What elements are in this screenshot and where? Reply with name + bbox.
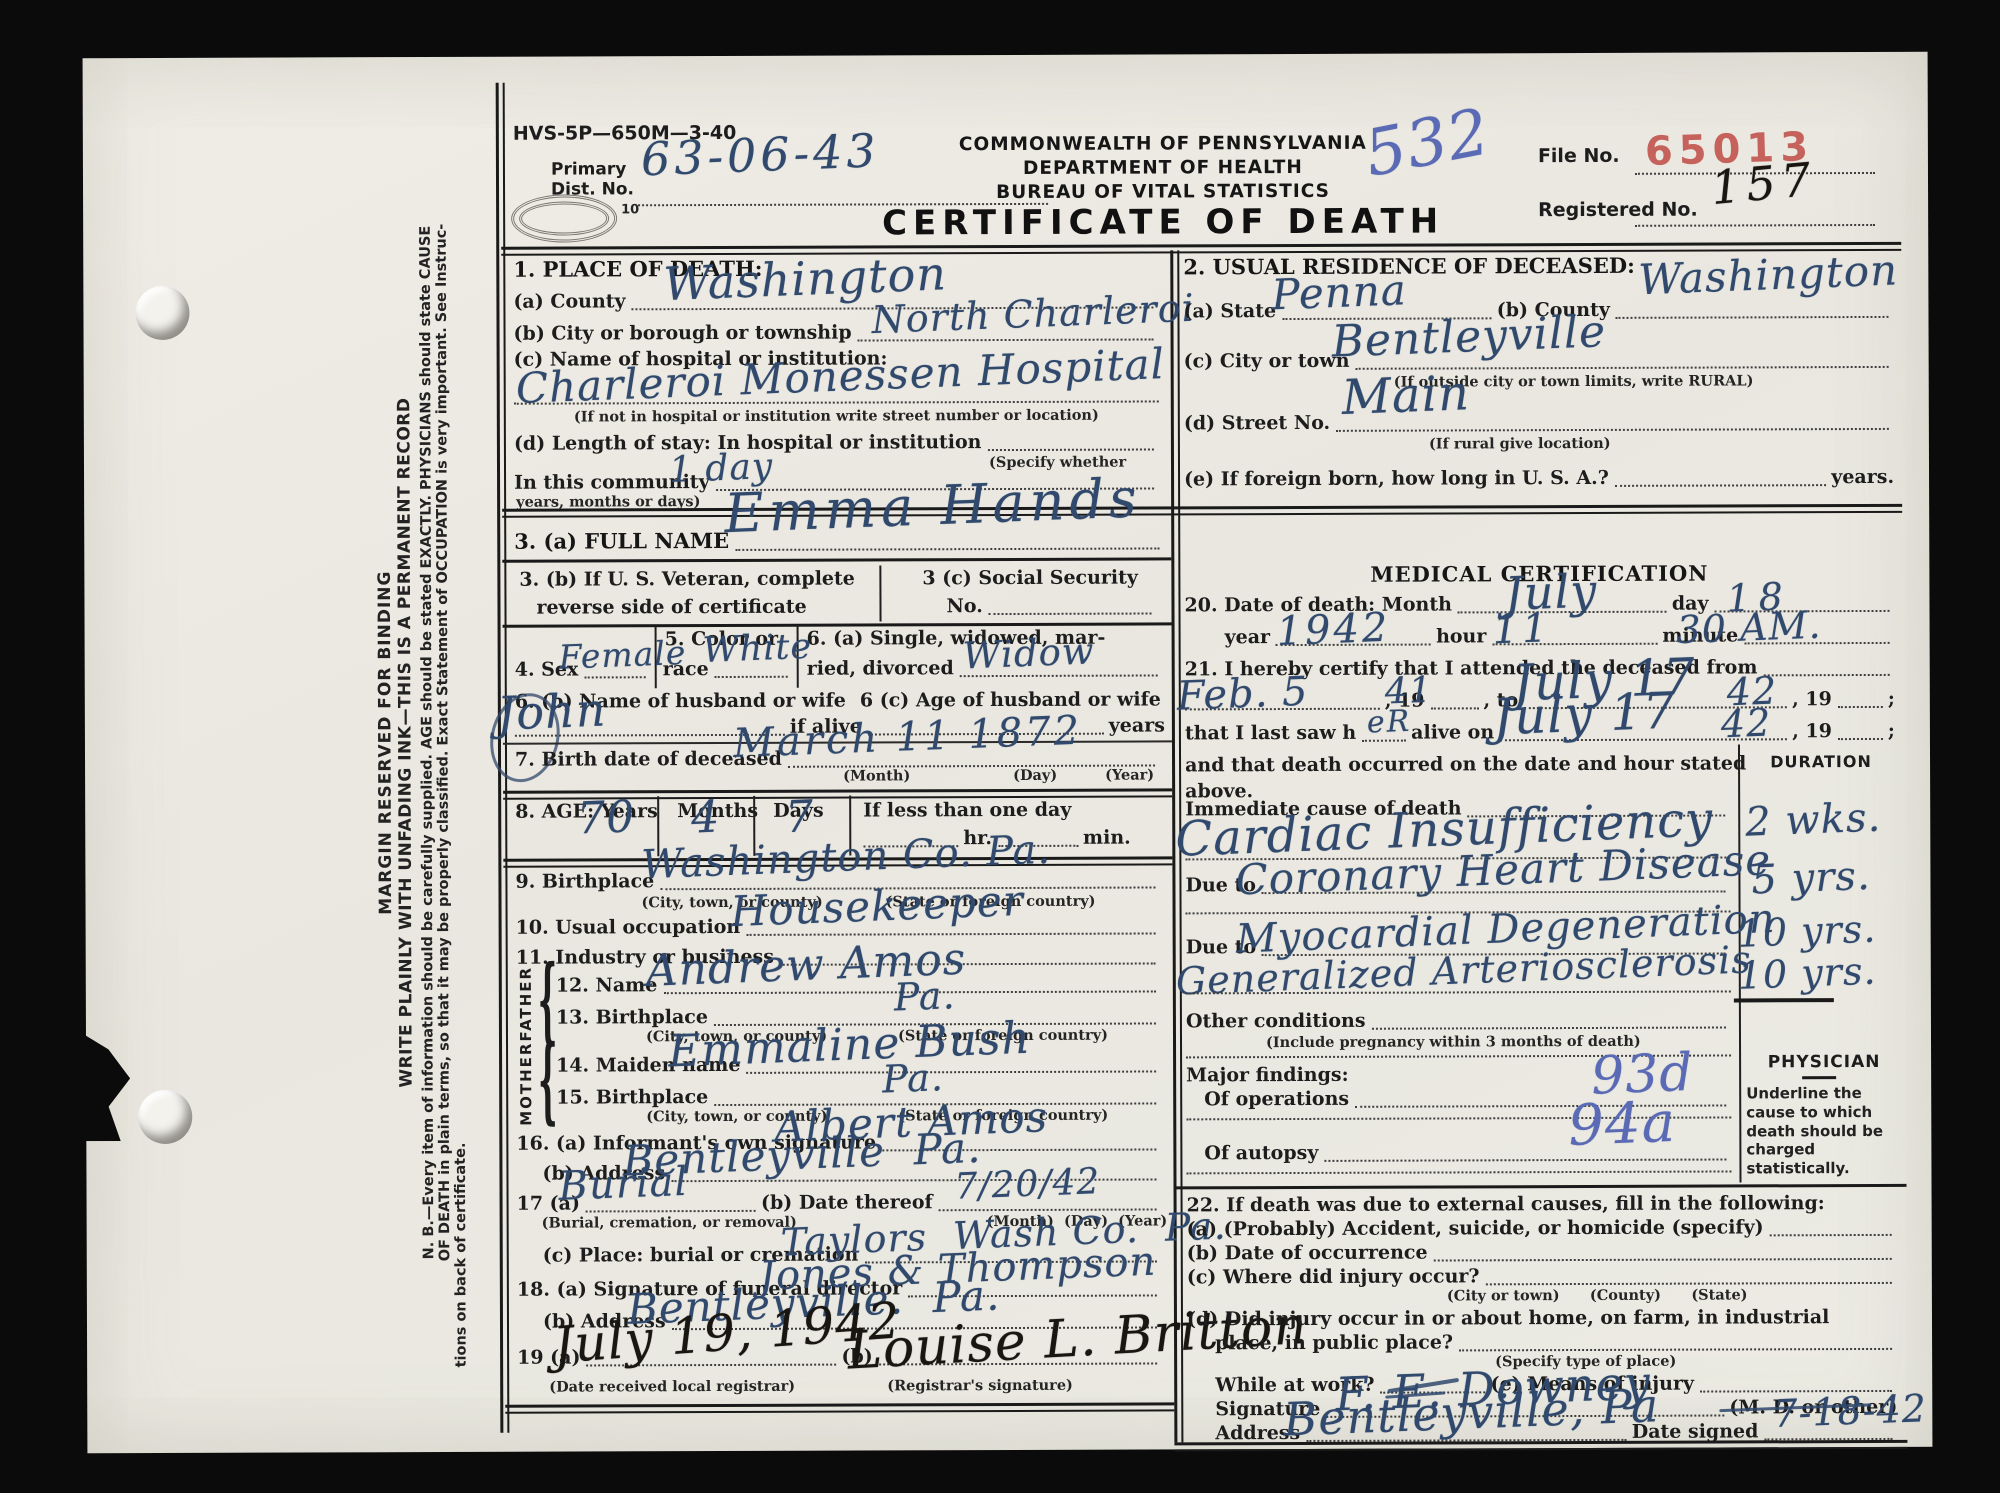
other-conditions-row: Other conditions xyxy=(1186,1008,1731,1032)
res-state-label: (a) State xyxy=(1183,300,1276,322)
med-19c: , 19 xyxy=(1792,720,1832,742)
fullname-value: Emma Hands xyxy=(723,471,1142,541)
pod-city-value: North Charleroi xyxy=(871,289,1196,339)
birthdate-month-note: (Month) xyxy=(843,767,910,784)
occupation-value: Housekeeper xyxy=(730,880,1025,933)
burial-date-label: (b) Date thereof xyxy=(761,1191,933,1214)
external-d-row: place, in public place? xyxy=(1215,1330,1897,1354)
res-foreign-suffix: years. xyxy=(1831,466,1894,488)
physician-header: PHYSICIAN xyxy=(1746,1052,1902,1073)
med-hour-value: 11 xyxy=(1492,608,1552,650)
left-bottom-rule xyxy=(505,1402,1174,1413)
duration-header: DURATION xyxy=(1741,752,1901,772)
res-street-value: Main xyxy=(1341,369,1471,422)
punch-hole-bottom xyxy=(138,1090,192,1144)
race-value: White xyxy=(702,630,813,669)
file-no-label: File No. xyxy=(1538,145,1620,167)
res-state-value: Penna xyxy=(1271,269,1408,316)
res-county-value: Washington xyxy=(1638,249,1899,301)
med-year-label: year xyxy=(1225,626,1271,648)
veteran-label-1: 3. (b) If U. S. Veteran, complete xyxy=(519,568,855,591)
age-days-value: 7 xyxy=(784,795,815,840)
birthdate-day-note: (Day) xyxy=(1013,767,1057,784)
external-c-row: (c) Where did injury occur? xyxy=(1187,1264,1897,1288)
physician-address-value: Bentleyville, Pa xyxy=(1283,1382,1660,1442)
duration-underline xyxy=(1734,998,1834,1002)
occupation-label: 10. Usual occupation xyxy=(516,916,741,939)
registrar-b-note: (Registrar's signature) xyxy=(887,1377,1073,1395)
med-er-value: eR xyxy=(1366,707,1411,739)
margin-line-2: WRITE PLAINLY WITH UNFADING INK—THIS IS … xyxy=(393,118,417,1368)
external-b-row: (b) Date of occurrence xyxy=(1187,1240,1897,1264)
right-bottom-rule xyxy=(1174,1440,1907,1452)
marital-value: Widow xyxy=(962,632,1095,674)
due1-duration: 5 yrs. xyxy=(1751,856,1872,901)
external-top-rule xyxy=(1174,1184,1907,1190)
burial-type-value: Burial xyxy=(558,1162,689,1207)
punch-hole-top xyxy=(135,286,189,340)
external-d-label-2: place, in public place? xyxy=(1215,1331,1453,1354)
med-occurred-1: and that death occurred on the date and … xyxy=(1185,752,1746,776)
med-19b: , 19 xyxy=(1792,688,1832,710)
external-title: 22. If death was due to external causes,… xyxy=(1187,1192,1825,1216)
med-saw-year: 42 xyxy=(1720,703,1772,743)
registered-no-line xyxy=(1635,224,1875,227)
scanned-death-certificate: MARGIN RESERVED FOR BINDING WRITE PLAINL… xyxy=(0,0,2000,1493)
external-a-label: (a) (Probably) Accident, suicide, or hom… xyxy=(1187,1216,1764,1240)
bureau-seal-inner xyxy=(519,201,609,235)
mother-side-label: MOTHER xyxy=(517,1038,535,1130)
primary-dist-value: 63-06-43 xyxy=(640,127,880,182)
certificate-paper: MARGIN RESERVED FOR BINDING WRITE PLAINL… xyxy=(83,52,1933,1453)
father-side-label: FATHER xyxy=(517,958,535,1050)
external-a-row: (a) (Probably) Accident, suicide, or hom… xyxy=(1187,1216,1897,1240)
birthplace-label: 9. Birthplace xyxy=(515,870,654,892)
age-years-value: 70 xyxy=(576,795,636,841)
autopsy-value: 94a xyxy=(1567,1095,1677,1155)
autopsy-label: Of autopsy xyxy=(1204,1142,1318,1164)
age-less-label: If less than one day xyxy=(863,799,1071,822)
due2b-duration: 10 yrs. xyxy=(1737,952,1877,995)
burial-type-note: (Burial, cremation, or removal) xyxy=(542,1214,797,1232)
external-b-label: (b) Date of occurrence xyxy=(1187,1242,1428,1265)
med-hour-label: hour xyxy=(1436,625,1486,647)
fullname-label: 3. (a) FULL NAME xyxy=(514,528,729,554)
ssn-label: 3 (c) Social Security xyxy=(922,567,1138,590)
ssn-row: No. xyxy=(946,594,1156,617)
certificate-title: CERTIFICATE OF DEATH xyxy=(863,201,1463,243)
physician-note: Underline the cause to which death shoul… xyxy=(1746,1084,1898,1178)
pod-city-label: (b) City or borough or township xyxy=(513,322,851,345)
seal-number: 10 xyxy=(621,202,639,217)
torn-edge xyxy=(82,1033,130,1141)
mother-birthplace-value: Pa. xyxy=(881,1058,944,1098)
med-saw1: that I last saw h xyxy=(1185,722,1356,745)
res-street-row: (d) Street No. xyxy=(1184,410,1894,434)
age-months-value: 4 xyxy=(690,796,721,841)
stray-blue-number: 532 xyxy=(1360,100,1495,187)
findings-label: Major findings: xyxy=(1186,1064,1349,1087)
spouse-age-label: 6 (c) Age of husband or wife xyxy=(860,688,1161,711)
pod-hospital-note: (If not in hospital or institution write… xyxy=(514,406,1159,425)
years-label: years xyxy=(1109,714,1165,736)
mother-birthplace-label: 15. Birthplace xyxy=(556,1086,708,1109)
due2-duration: 10 yrs. xyxy=(1737,910,1877,953)
res-street-label: (d) Street No. xyxy=(1184,412,1330,435)
res-street-note: (If rural give location) xyxy=(1429,435,1611,453)
registrar-a-note: (Date received local registrar) xyxy=(549,1378,795,1396)
other-conditions-label: Other conditions xyxy=(1186,1010,1366,1033)
med-year-value: 1942 xyxy=(1276,608,1391,652)
date-signed-value: 7-18-42 xyxy=(1773,1389,1928,1433)
external-c-note: (City or town) (County) (State) xyxy=(1447,1286,1748,1304)
veteran-label-2: reverse side of certificate xyxy=(536,596,806,619)
other-conditions-note: (Include pregnancy within 3 months of de… xyxy=(1266,1033,1641,1051)
age-min-label: min. xyxy=(1083,827,1131,849)
registered-no-label: Registered No. xyxy=(1538,199,1698,222)
external-c-label: (c) Where did injury occur? xyxy=(1187,1265,1480,1288)
med-from-value: Feb. 5 xyxy=(1176,672,1309,717)
father-name-label: 12. Name xyxy=(556,974,658,996)
med-minute-value: 30 AM. xyxy=(1676,606,1822,650)
ssn-no-label: No. xyxy=(946,595,982,617)
race-label-2: race xyxy=(663,658,709,680)
burial-date-value: 7/20/42 xyxy=(954,1164,1101,1206)
margin-line-5: tions on back of certificate. xyxy=(449,117,469,1367)
res-foreign-row: (e) If foreign born, how long in U. S. A… xyxy=(1184,466,1894,490)
pod-county-label: (a) County xyxy=(513,290,625,312)
med-saw2: alive on xyxy=(1411,721,1494,743)
med-saw-value: July 17 xyxy=(1492,685,1677,742)
father-birthplace-value: Pa. xyxy=(893,976,956,1016)
operations-label: Of operations xyxy=(1204,1088,1349,1111)
marital-label-2: ried, divorced xyxy=(807,657,954,680)
res-city-label: (c) City or town xyxy=(1184,350,1350,373)
res-city-value: Bentleyville xyxy=(1331,310,1607,365)
res-foreign-label: (e) If foreign born, how long in U. S. A… xyxy=(1184,467,1609,490)
external-d-label-1: (d) Did injury occur in or about home, o… xyxy=(1187,1306,1829,1330)
section-rule-1 xyxy=(502,504,1902,518)
registered-no-value: 157 xyxy=(1709,156,1819,211)
pod-stay-row: (d) Length of stay: In hospital or insti… xyxy=(514,430,1159,454)
birthdate-year-note: (Year) xyxy=(1105,766,1154,783)
res-title: 2. USUAL RESIDENCE OF DECEASED: xyxy=(1183,253,1635,280)
